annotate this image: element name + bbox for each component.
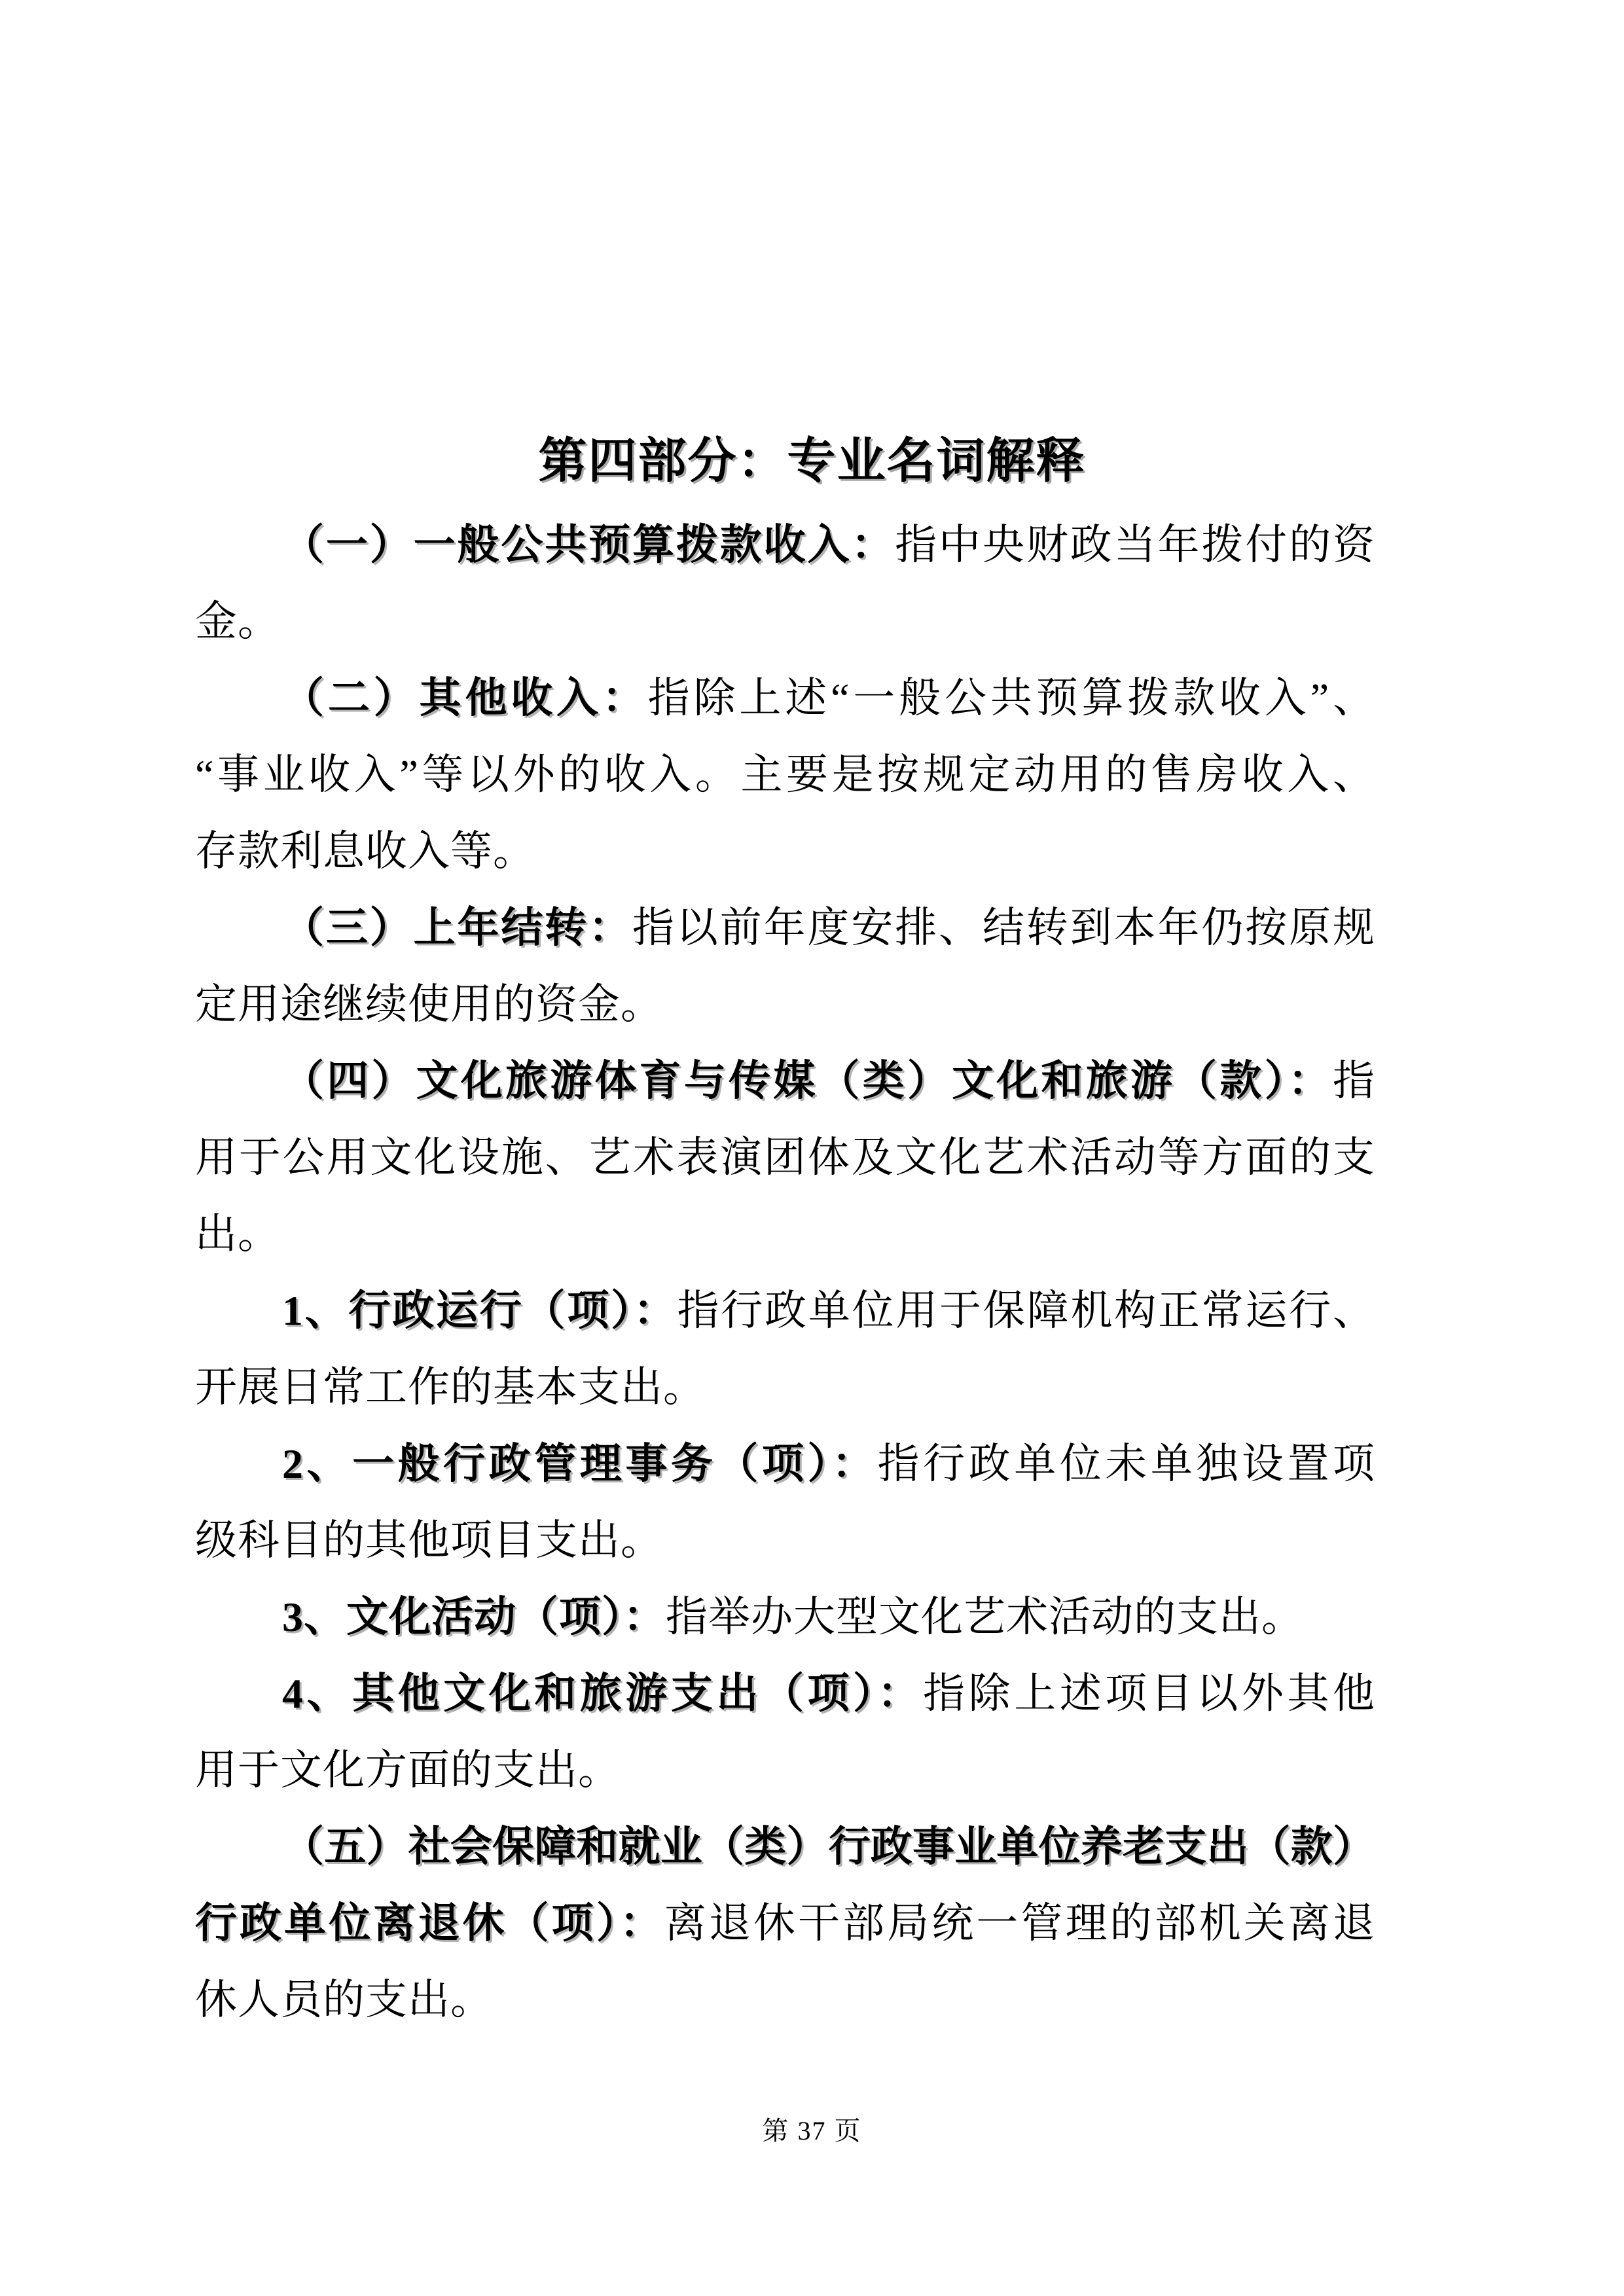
definition-text: 指举办大型文化艺术活动的支出。 [666,1594,1304,1640]
term-bold-text: 3、文化活动（项）： [282,1594,666,1640]
text-line: 定用途继续使用的资金。 [195,966,1375,1043]
definition-text: “事业收入”等以外的收入。主要是按规定动用的售房收入、 [195,751,1375,798]
definition-text: 金。 [195,598,280,645]
text-line: 行政单位离退休（项）：离退休干部局统一管理的部机关离退 [195,1885,1375,1962]
text-line: 出。 [195,1196,1375,1272]
text-line: 存款利息收入等。 [195,813,1375,889]
text-line: 用于公用文化设施、艺术表演团体及文化艺术活动等方面的支 [195,1119,1375,1196]
text-line: 4、其他文化和旅游支出（项）：指除上述项目以外其他 [195,1655,1375,1732]
text-line: 3、文化活动（项）：指举办大型文化艺术活动的支出。 [195,1579,1375,1655]
definition-text: 指 [1333,1058,1375,1104]
text-line: 金。 [195,583,1375,660]
definition-text: 指中央财政当年拨付的资 [895,522,1375,568]
term-bold-text: （五）社会保障和就业（类）行政事业单位养老支出（款） [282,1823,1375,1870]
text-line: （四）文化旅游体育与传媒（类）文化和旅游（款）：指 [195,1043,1375,1119]
term-bold-text: 2、一般行政管理事务（项）： [282,1441,878,1487]
text-line: “事业收入”等以外的收入。主要是按规定动用的售房收入、 [195,736,1375,813]
definition-text: 指行政单位用于保障机构正常运行、 [677,1287,1375,1334]
text-line: 开展日常工作的基本支出。 [195,1349,1375,1426]
text-line: （三）上年结转：指以前年度安排、结转到本年仍按原规 [195,889,1375,966]
definition-text: 用于文化方面的支出。 [195,1747,621,1793]
text-line: 1、行政运行（项）：指行政单位用于保障机构正常运行、 [195,1272,1375,1349]
definition-text: 指以前年度安排、结转到本年仍按原规 [632,905,1375,951]
term-bold-text: 4、其他文化和旅游支出（项）： [282,1670,923,1717]
text-line: 级科目的其他项目支出。 [195,1502,1375,1579]
definition-text: 开展日常工作的基本支出。 [195,1364,706,1410]
definition-text: 指除上述“一般公共预算拨款收入”、 [648,675,1375,721]
definition-text: 指除上述项目以外其他 [923,1670,1375,1717]
text-line: 用于文化方面的支出。 [195,1732,1375,1808]
term-bold-text: （四）文化旅游体育与传媒（类）文化和旅游（款）： [282,1058,1333,1104]
text-line: （一）一般公共预算拨款收入：指中央财政当年拨付的资 [195,507,1375,583]
definition-text: 出。 [195,1211,280,1257]
definition-text: 级科目的其他项目支出。 [195,1517,663,1564]
text-line: 休人员的支出。 [195,1962,1375,2038]
term-bold-text: （三）上年结转： [282,905,632,951]
definition-text: 用于公用文化设施、艺术表演团体及文化艺术活动等方面的支 [195,1134,1375,1181]
definition-text: 定用途继续使用的资金。 [195,981,663,1028]
page-footer: 第 37 页 [0,2115,1624,2147]
term-bold-text: 1、行政运行（项）： [282,1287,677,1334]
term-bold-text: （一）一般公共预算拨款收入： [282,522,895,568]
document-body: （一）一般公共预算拨款收入：指中央财政当年拨付的资金。（二）其他收入：指除上述“… [195,507,1375,2038]
definition-text: 存款利息收入等。 [195,828,535,874]
text-line: 2、一般行政管理事务（项）：指行政单位未单独设置项 [195,1426,1375,1502]
definition-text: 离退休干部局统一管理的部机关离退 [664,1900,1375,1946]
text-line: （二）其他收入：指除上述“一般公共预算拨款收入”、 [195,660,1375,736]
term-bold-text: （二）其他收入： [282,675,648,721]
document-page: 第四部分：专业名词解释 （一）一般公共预算拨款收入：指中央财政当年拨付的资金。（… [0,0,1624,2296]
text-line: （五）社会保障和就业（类）行政事业单位养老支出（款） [195,1808,1375,1885]
definition-text: 指行政单位未单独设置项 [878,1441,1375,1487]
page-title: 第四部分：专业名词解释 [0,432,1624,490]
term-bold-text: 行政单位离退休（项）： [195,1900,664,1946]
definition-text: 休人员的支出。 [195,1977,493,2023]
